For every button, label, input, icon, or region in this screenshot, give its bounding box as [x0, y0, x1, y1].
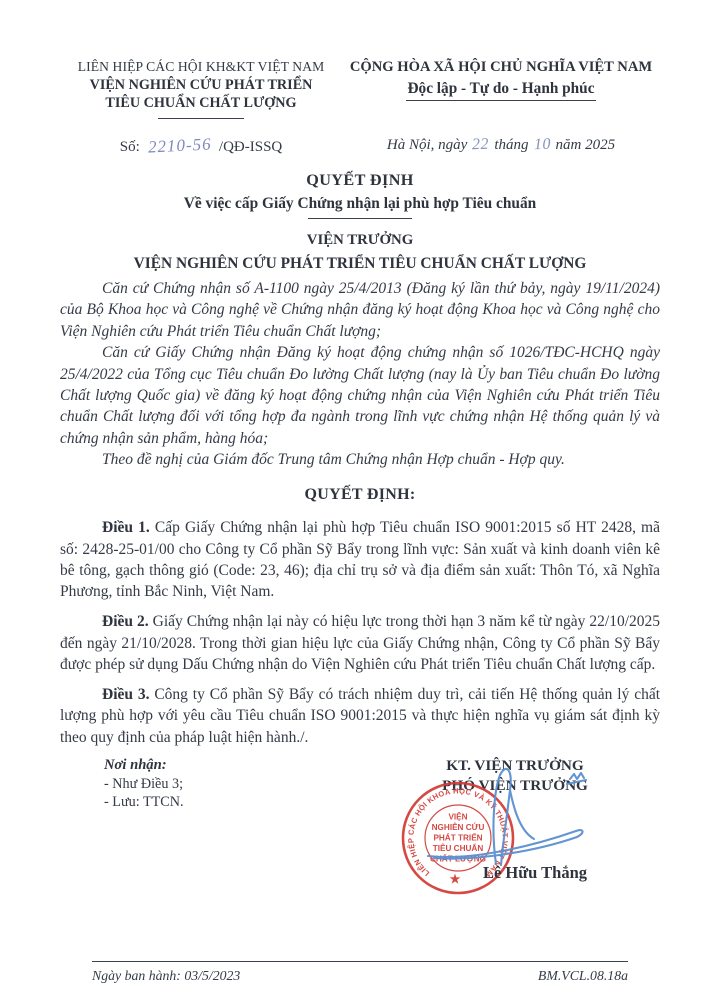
article-1: Điều 1. Cấp Giấy Chứng nhận lại phù hợp … — [60, 517, 660, 603]
org-name-line1: VIỆN NGHIÊN CỨU PHÁT TRIỂN — [60, 76, 342, 94]
article-3: Điều 3. Công ty Cổ phần Sỹ Bẩy có trách … — [60, 684, 660, 748]
date-year: năm 2025 — [556, 137, 616, 153]
date-month-handwritten: 10 — [528, 134, 556, 156]
subtitle-divider — [308, 218, 412, 219]
recital-1: Căn cứ Chứng nhận số A-1100 ngày 25/4/20… — [60, 278, 660, 342]
document-number-handwritten: 2210-56 — [143, 133, 216, 158]
document-number-label: Số: — [120, 139, 140, 155]
header: LIÊN HIỆP CÁC HỘI KH&KT VIỆT NAM VIỆN NG… — [60, 58, 660, 158]
article-2: Điều 2. Giấy Chứng nhận lại này có hiệu … — [60, 611, 660, 675]
document-page: LIÊN HIỆP CÁC HỘI KH&KT VIỆT NAM VIỆN NG… — [0, 0, 720, 1000]
date-day-handwritten: 22 — [467, 134, 495, 156]
signature-flourish — [567, 773, 586, 784]
header-right: CỘNG HÒA XÃ HỘI CHỦ NGHĨA VIỆT NAM Độc l… — [342, 58, 660, 158]
header-left: LIÊN HIỆP CÁC HỘI KH&KT VIỆT NAM VIỆN NG… — [60, 58, 342, 158]
recital-3: Theo đề nghị của Giám đốc Trung tâm Chứn… — [60, 449, 660, 470]
org-name-line2: TIÊU CHUẨN CHẤT LƯỢNG — [60, 94, 342, 112]
signature-stroke-tail — [510, 790, 534, 839]
issuer-organization: VIỆN NGHIÊN CỨU PHÁT TRIỂN TIÊU CHUẨN CH… — [60, 253, 660, 274]
article-2-label: Điều 2. — [102, 613, 149, 630]
document-subtitle: Về việc cấp Giấy Chứng nhận lại phù hợp … — [60, 193, 660, 214]
footer-issue-date: Ngày ban hành: 03/5/2023 — [92, 965, 240, 986]
recitals: Căn cứ Chứng nhận số A-1100 ngày 25/4/20… — [60, 278, 660, 471]
article-3-label: Điều 3. — [102, 686, 149, 703]
issuer-title: VIỆN TRƯỞNG — [60, 230, 660, 251]
recipient-item-1: - Như Điều 3; — [104, 775, 184, 794]
footer: Ngày ban hành: 03/5/2023 BM.VCL.08.18a — [92, 961, 628, 986]
national-name: CỘNG HÒA XÃ HỘI CHỦ NGHĨA VIỆT NAM — [342, 58, 660, 77]
document-number-line: Số: 2210-56 /QĐ-ISSQ — [60, 135, 342, 158]
article-1-label: Điều 1. — [102, 519, 150, 536]
recipient-item-2: - Lưu: TTCN. — [104, 793, 184, 812]
date-month-label: tháng — [494, 137, 528, 153]
article-1-text: Cấp Giấy Chứng nhận lại phù hợp Tiêu chu… — [60, 519, 660, 600]
signer-name: Lê Hữu Thắng — [415, 862, 655, 883]
national-motto: Độc lập - Tự do - Hạnh phúc — [406, 79, 597, 101]
footer-form-code: BM.VCL.08.18a — [538, 965, 628, 986]
header-left-divider — [158, 118, 244, 119]
decision-heading: QUYẾT ĐỊNH: — [60, 484, 660, 505]
article-3-text: Công ty Cổ phần Sỹ Bẩy có trách nhiệm du… — [60, 686, 660, 746]
date-line: Hà Nội, ngày22tháng10năm 2025 — [342, 134, 660, 156]
recipients: Nơi nhận: - Như Điều 3; - Lưu: TTCN. — [104, 756, 184, 812]
article-2-text: Giấy Chứng nhận lại này có hiệu lực tron… — [60, 613, 660, 673]
document-title: QUYẾT ĐỊNH — [60, 170, 660, 191]
recital-2: Căn cứ Giấy Chứng nhận Đăng ký hoạt động… — [60, 342, 660, 449]
document-number-suffix: /QĐ-ISSQ — [219, 139, 282, 155]
date-place: Hà Nội, ngày — [387, 137, 467, 153]
recipients-label: Nơi nhận: — [104, 756, 184, 775]
org-parent-name: LIÊN HIỆP CÁC HỘI KH&KT VIỆT NAM — [60, 58, 342, 76]
